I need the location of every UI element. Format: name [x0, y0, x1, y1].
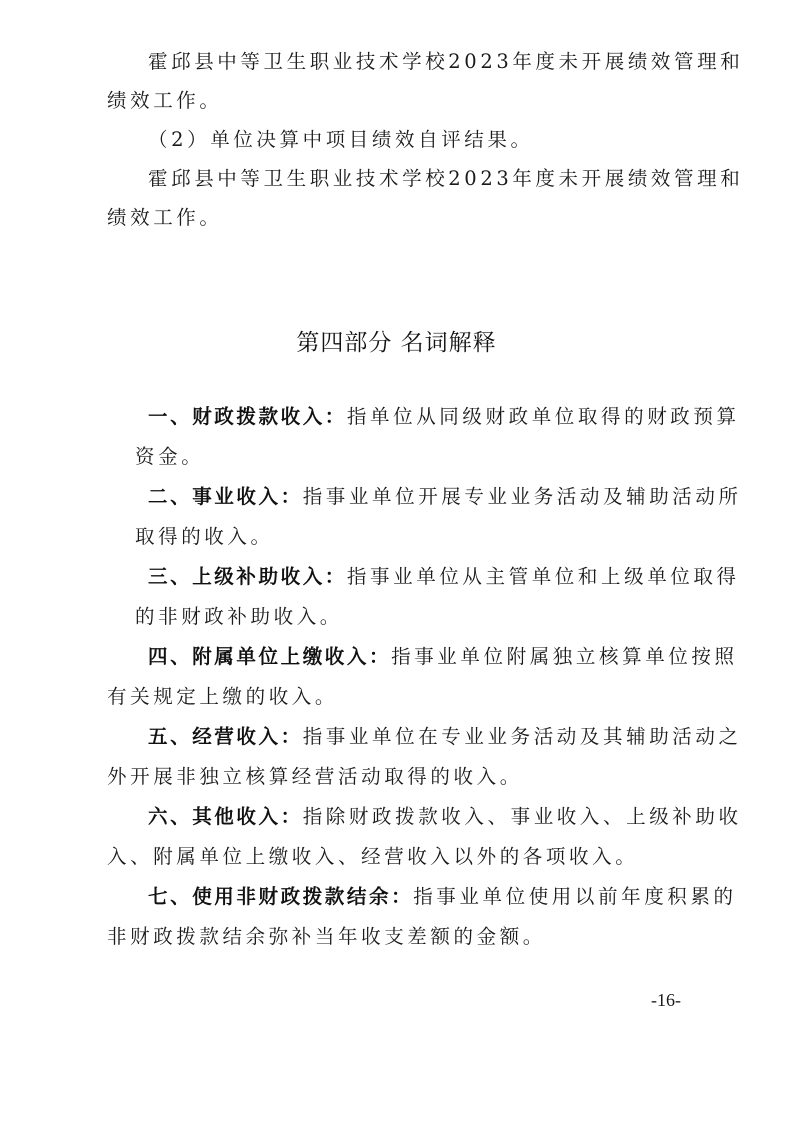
definition-term: 二、事业收入：: [148, 485, 303, 508]
definition-line: 外开展非独立核算经营活动取得的收入。: [107, 765, 523, 789]
definition-line: 入、附属单位上缴收入、经营收入以外的各项收入。: [107, 845, 638, 869]
definition-line: 有关规定上缴的收入。: [107, 685, 338, 709]
definition-term: 四、附属单位上缴收入：: [148, 645, 391, 668]
page-number: -16-: [651, 990, 681, 1011]
definition-line: 五、经营收入：指事业单位在专业业务活动及其辅助活动之: [148, 725, 742, 749]
definition-line: 四、附属单位上缴收入：指事业单位附属独立核算单位按照: [148, 645, 738, 669]
definition-line: 取得的收入。: [135, 525, 274, 549]
definition-text: 指单位从同级财政单位取得的财政预算: [347, 405, 740, 428]
definition-line: 的非财政补助收入。: [135, 605, 343, 629]
definition-line: 非财政拨款结余弥补当年收支差额的金额。: [107, 925, 546, 949]
definition-line: 六、其他收入：指除财政拨款收入、事业收入、上级补助收: [148, 805, 742, 829]
definition-line: 七、使用非财政拨款结余：指事业单位使用以前年度积累的: [148, 885, 737, 909]
paragraph-line: 霍邱县中等卫生职业技术学校2023年度未开展绩效管理和: [148, 50, 743, 74]
definition-term: 五、经营收入：: [148, 725, 303, 748]
definition-term: 六、其他收入：: [148, 805, 303, 828]
definition-line: 资金。: [135, 445, 204, 469]
definition-term: 三、上级补助收入：: [148, 565, 347, 588]
paragraph-line: 绩效工作。: [107, 89, 223, 113]
definition-line: 三、上级补助收入：指事业单位从主管单位和上级单位取得: [148, 565, 740, 589]
definition-term: 七、使用非财政拨款结余：: [148, 885, 413, 908]
paragraph-line: 绩效工作。: [107, 206, 223, 230]
definition-text: 指事业单位附属独立核算单位按照: [391, 645, 738, 668]
paragraph-line: 霍邱县中等卫生职业技术学校2023年度未开展绩效管理和: [148, 167, 743, 191]
definition-text: 指事业单位从主管单位和上级单位取得: [347, 565, 740, 588]
part-title: 第四部分 名词解释: [0, 324, 793, 357]
definition-text: 指除财政拨款收入、事业收入、上级补助收: [303, 805, 742, 828]
definition-line: 二、事业收入：指事业单位开展专业业务活动及辅助活动所: [148, 485, 742, 509]
definition-line: 一、财政拨款收入：指单位从同级财政单位取得的财政预算: [148, 405, 740, 429]
subheading: （2）单位决算中项目绩效自评结果。: [148, 128, 534, 152]
definition-text: 指事业单位开展专业业务活动及辅助活动所: [303, 485, 742, 508]
definition-text: 指事业单位在专业业务活动及其辅助活动之: [303, 725, 742, 748]
definition-term: 一、财政拨款收入：: [148, 405, 347, 428]
definition-text: 指事业单位使用以前年度积累的: [413, 885, 736, 908]
